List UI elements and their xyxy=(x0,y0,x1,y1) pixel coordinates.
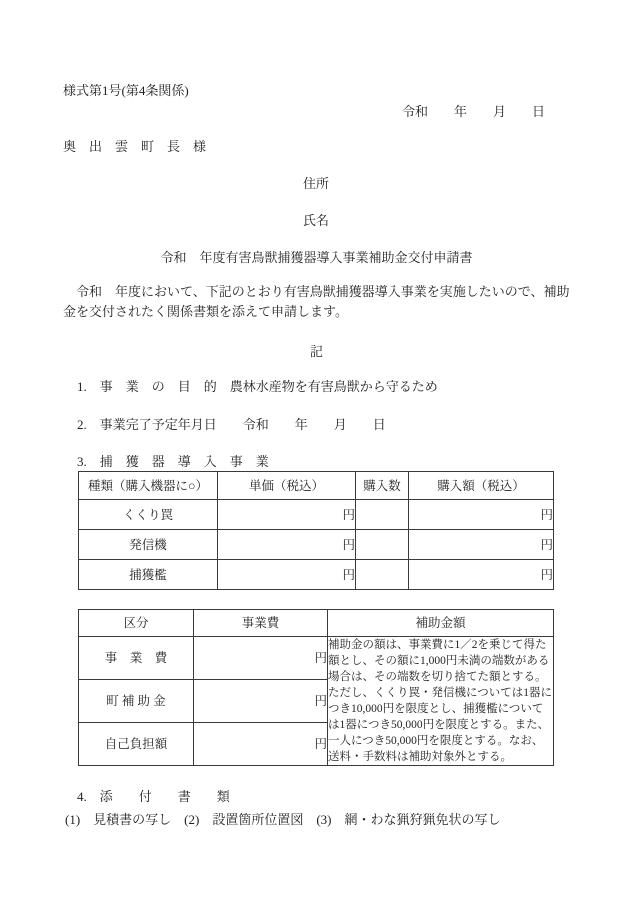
addressee: 奥 出 雲 町 長 様 xyxy=(63,140,570,154)
equipment-col-header-purchase-amount: 購入額（税込） xyxy=(409,472,554,500)
cost-category-cell: 町 補 助 金 xyxy=(79,680,194,723)
equipment-table: 種類（購入機器に○） 単価（税込） 購入数 購入額（税込） くくり罠 円 円 発… xyxy=(78,471,554,590)
list-marker: 記 xyxy=(63,345,570,359)
purchase-amount-cell: 円 xyxy=(409,530,554,560)
equipment-col-header-unit-price: 単価（税込） xyxy=(218,472,356,500)
quantity-cell xyxy=(356,530,409,560)
cost-table-row: 事 業 費 円 補助金の額は、事業費に1／2を乗じて得た額とし、その額に1,00… xyxy=(79,637,554,680)
cost-amount-cell: 円 xyxy=(194,637,328,680)
unit-price-cell: 円 xyxy=(218,530,356,560)
equipment-table-header-row: 種類（購入機器に○） 単価（税込） 購入数 購入額（税込） xyxy=(79,472,554,500)
cost-amount-cell: 円 xyxy=(194,680,328,723)
purchase-amount-cell: 円 xyxy=(409,560,554,590)
cost-table: 区分 事業費 補助金額 事 業 費 円 補助金の額は、事業費に1／2を乗じて得た… xyxy=(78,609,554,766)
item-business-purpose: 1. 事 業 の 目 的農林水産物を有害鳥獣から守るため xyxy=(77,380,570,394)
date-line: 令和 年 月 日 xyxy=(63,105,570,119)
application-statement: 令和 年度において、下記のとおり有害鳥獣捕獲器導入事業を実施したいので、補助金を… xyxy=(63,282,570,322)
cost-col-header-subsidy-amount: 補助金額 xyxy=(328,610,554,637)
document-title: 令和 年度有害鳥獣捕獲器導入事業補助金交付申請書 xyxy=(63,250,570,265)
purchase-amount-cell: 円 xyxy=(409,500,554,530)
cost-col-header-project-cost: 事業費 xyxy=(194,610,328,637)
application-form-page: 様式第1号(第4条関係) 令和 年 月 日 奥 出 雲 町 長 様 住所 氏名 … xyxy=(0,0,630,903)
quantity-cell xyxy=(356,560,409,590)
equipment-table-row: 捕獲檻 円 円 xyxy=(79,560,554,590)
cost-col-header-category: 区分 xyxy=(79,610,194,637)
unit-price-cell: 円 xyxy=(218,500,356,530)
cost-table-header-row: 区分 事業費 補助金額 xyxy=(79,610,554,637)
item-business-purpose-label: 1. 事 業 の 目 的 xyxy=(77,379,217,394)
equipment-table-row: くくり罠 円 円 xyxy=(79,500,554,530)
item-completion-date-value: 令和 年 月 日 xyxy=(243,417,386,432)
applicant-address-label: 住所 xyxy=(303,177,570,191)
equipment-type-cell: くくり罠 xyxy=(79,500,218,530)
equipment-table-row: 発信機 円 円 xyxy=(79,530,554,560)
applicant-name-label: 氏名 xyxy=(303,214,570,228)
item-attachments-heading: 4. 添 付 書 類 xyxy=(77,790,570,804)
quantity-cell xyxy=(356,500,409,530)
item-equipment-heading: 3. 捕 獲 器 導 入 事 業 xyxy=(77,455,570,469)
cost-category-cell: 自己負担額 xyxy=(79,723,194,766)
unit-price-cell: 円 xyxy=(218,560,356,590)
item-completion-date-label: 2. 事業完了予定年月日 xyxy=(77,417,217,432)
equipment-col-header-type: 種類（購入機器に○） xyxy=(79,472,218,500)
equipment-col-header-quantity: 購入数 xyxy=(356,472,409,500)
subsidy-note: 補助金の額は、事業費に1／2を乗じて得た額とし、その額に1,000円未満の端数が… xyxy=(328,637,554,766)
form-number: 様式第1号(第4条関係) xyxy=(63,84,570,98)
cost-amount-cell: 円 xyxy=(194,723,328,766)
equipment-type-cell: 捕獲檻 xyxy=(79,560,218,590)
item-completion-date: 2. 事業完了予定年月日令和 年 月 日 xyxy=(77,418,570,432)
cost-category-cell: 事 業 費 xyxy=(79,637,194,680)
item-business-purpose-value: 農林水産物を有害鳥獣から守るため xyxy=(230,379,438,394)
equipment-type-cell: 発信機 xyxy=(79,530,218,560)
attachments-list: (1) 見積書の写し (2) 設置箇所位置図 (3) 網・わな猟狩猟免状の写し xyxy=(65,813,570,827)
